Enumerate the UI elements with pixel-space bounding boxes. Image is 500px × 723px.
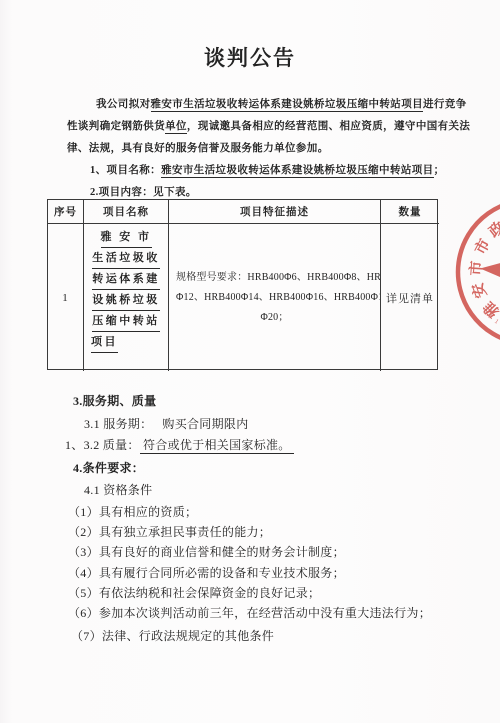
intro-line-2-pre: 性谈判确定钢筋供货 — [67, 121, 165, 132]
table-cell-spec: 规格型号要求：HRB400Φ6、HRB400Φ8、HRB400 Φ12、HRB4… — [169, 224, 381, 371]
page-title: 谈判公告 — [0, 42, 500, 72]
svg-text:安: 安 — [468, 280, 490, 300]
condition-item: （1）具有相应的资质； — [68, 503, 197, 520]
spec-line: 规格型号要求：HRB400Φ6、HRB400Φ8、HRB400 — [176, 268, 381, 288]
section-3-1-label: 3.1 服务期： — [84, 417, 152, 431]
item1-value: 雅安市生活垃圾收转运体系建设姚桥垃圾压缩中转站项目 — [161, 165, 434, 178]
section-3-1: 3.1 服务期：购买合同期限内 — [84, 415, 249, 432]
project-name-line: 雅 安 市 — [101, 230, 152, 251]
project-name-line: 设姚桥垃圾 — [92, 293, 160, 314]
intro-line-2-post: ，现诚邀具备相应的经营范围、相应资质，遵守中国有关法 — [187, 121, 470, 132]
intro-line-2: 性谈判确定钢筋供货单位，现诚邀具备相应的经营范围、相应资质，遵守中国有关法 — [67, 118, 470, 133]
project-table: 序号 项目名称 项目特征描述 数量 1 雅 安 市 生活垃圾收 转运体系建 设姚… — [47, 199, 438, 370]
svg-text:市: 市 — [471, 236, 494, 258]
intro-line-1-underlined: 雅安市生活垃圾收转运体系建设姚桥垃圾压缩中转站项目 — [151, 99, 424, 112]
project-name-line: 转运体系建 — [92, 272, 160, 293]
intro-line-3: 律、法规，具有良好的服务信誉及服务能力单位参加。 — [67, 140, 329, 155]
scanned-document-page: 谈判公告 我公司拟对雅安市生活垃圾收转运体系建设姚桥垃圾压缩中转站项目进行竞争 … — [0, 0, 500, 723]
table-header-spec: 项目特征描述 — [169, 200, 381, 224]
table-header-name: 项目名称 — [84, 200, 169, 224]
condition-item: （2）具有独立承担民事责任的能力； — [68, 523, 271, 540]
table-header-index: 序号 — [48, 200, 84, 224]
table-cell-index: 1 — [48, 224, 84, 371]
spec-line: Φ12、HRB400Φ14、HRB400Φ16、HRB400Φ18、HRB400 — [176, 288, 381, 308]
item1-suffix: ； — [434, 165, 445, 176]
project-name-line: 压缩中转站 — [92, 314, 160, 335]
item2-label: 2.项目内容 — [90, 187, 142, 198]
item2-suffix: 。 — [186, 187, 197, 198]
svg-text:市: 市 — [467, 260, 486, 276]
item-project-name: 1、项目名称：雅安市生活垃圾收转运体系建设姚桥垃圾压缩中转站项目； — [90, 162, 444, 177]
item1-label: 1、项目名称： — [90, 165, 161, 176]
spec-line: Φ20； — [260, 308, 288, 328]
table-header-qty: 数量 — [381, 200, 439, 224]
svg-text:1: 1 — [493, 318, 500, 326]
project-name-line: 生活垃圾收 — [92, 251, 160, 272]
section-4-1: 4.1 资格条件 — [84, 481, 152, 498]
table-cell-project-name: 雅 安 市 生活垃圾收 转运体系建 设姚桥垃圾 压缩中转站 项目 — [84, 224, 169, 371]
svg-text:政: 政 — [485, 218, 500, 241]
intro-line-2-underlined: 单位 — [165, 121, 187, 134]
section-3-2-value: 符合或优于相关国家标准。 — [140, 438, 294, 454]
section-3-2-label: 1、3.2 质量： — [65, 438, 140, 452]
section-3-1-value: 购买合同期限内 — [162, 417, 248, 431]
condition-item: （4）具有履行合同所必需的设备和专业技术服务； — [68, 564, 345, 581]
table-cell-quantity: 详见清单 — [381, 224, 439, 371]
intro-line-1-post: 进行竞争 — [423, 99, 467, 110]
intro-line-1: 我公司拟对雅安市生活垃圾收转运体系建设姚桥垃圾压缩中转站项目进行竞争 — [96, 96, 467, 111]
item-project-content: 2.项目内容：见下表。 — [90, 184, 197, 199]
condition-item: （7）法律、行政法规规定的其他条件 — [71, 627, 274, 644]
section-4-heading: 4.条件要求： — [73, 459, 144, 476]
project-name-line: 项目 — [91, 335, 118, 356]
section-3-heading: 3.服务期、质量 — [73, 392, 156, 409]
official-seal: 雅安市市政建 5118025 — [450, 192, 500, 362]
section-3-2: 1、3.2 质量： 符合或优于相关国家标准。 — [65, 436, 294, 453]
condition-item: （5）有依法纳税和社会保障资金的良好记录； — [68, 584, 320, 601]
condition-item: （3）具有良好的商业信誉和健全的财务会计制度； — [68, 543, 345, 560]
intro-line-1-pre: 我公司拟对 — [96, 99, 151, 110]
condition-item: （6）参加本次谈判活动前三年，在经营活动中没有重大违法行为； — [68, 604, 431, 621]
